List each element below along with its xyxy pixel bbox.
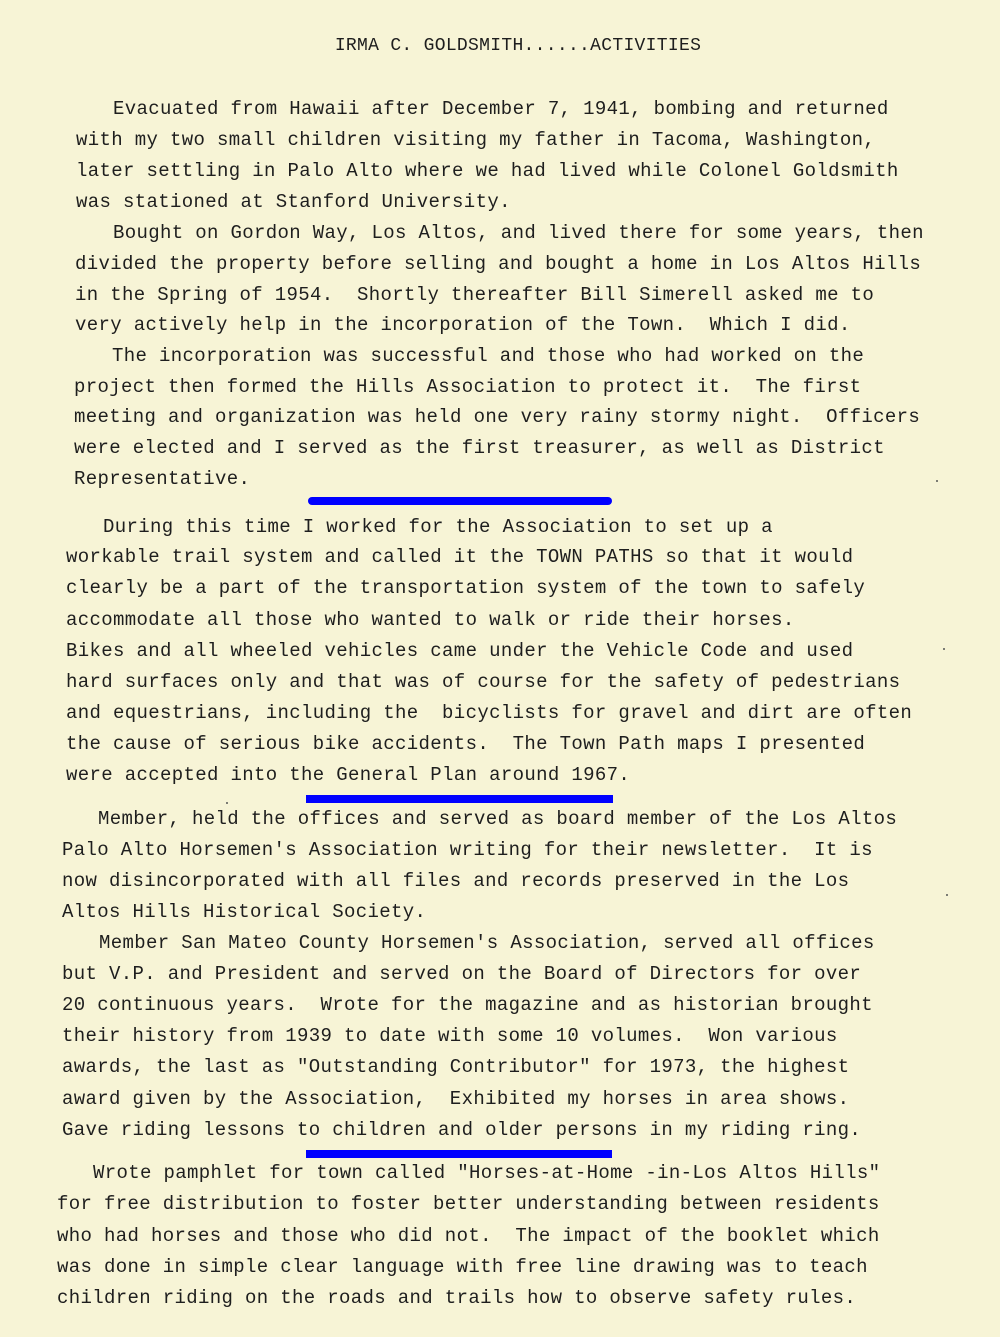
text-line: meeting and organization was held one ve… xyxy=(74,406,920,428)
text-line: hard surfaces only and that was of cours… xyxy=(66,671,900,693)
text-line: for free distribution to foster better u… xyxy=(57,1193,880,1215)
text-line: later settling in Palo Alto where we had… xyxy=(76,160,899,182)
text-line: workable trail system and called it the … xyxy=(66,546,853,568)
text-line: Member San Mateo County Horsemen's Assoc… xyxy=(99,932,875,954)
text-line: and equestrians, including the bicyclist… xyxy=(66,702,912,724)
scan-speck xyxy=(936,480,938,482)
text-line: Member, held the offices and served as b… xyxy=(98,808,897,830)
page-title: IRMA C. GOLDSMITH......ACTIVITIES xyxy=(18,36,1000,56)
text-line: Gave riding lessons to children and olde… xyxy=(62,1119,861,1141)
section-divider xyxy=(308,497,612,505)
text-line: accommodate all those who wanted to walk… xyxy=(66,609,795,631)
text-line: who had horses and those who did not. Th… xyxy=(57,1225,880,1247)
text-line: the cause of serious bike accidents. The… xyxy=(66,733,865,755)
text-line: children riding on the roads and trails … xyxy=(57,1287,856,1309)
text-line: Evacuated from Hawaii after December 7, … xyxy=(113,98,889,120)
section-divider xyxy=(306,795,613,803)
scan-speck xyxy=(226,802,228,804)
text-line: Palo Alto Horsemen's Association writing… xyxy=(62,839,873,861)
text-line: The incorporation was successful and tho… xyxy=(112,345,864,367)
text-line: very actively help in the incorporation … xyxy=(75,314,851,336)
text-line: but V.P. and President and served on the… xyxy=(62,963,861,985)
text-line: Wrote pamphlet for town called "Horses-a… xyxy=(93,1162,880,1184)
scan-speck xyxy=(946,894,948,896)
text-line: clearly be a part of the transportation … xyxy=(66,577,865,599)
text-line: Representative. xyxy=(74,468,250,490)
text-line: were elected and I served as the first t… xyxy=(74,437,885,459)
text-line: divided the property before selling and … xyxy=(75,253,921,275)
text-line: with my two small children visiting my f… xyxy=(76,129,875,151)
text-line: their history from 1939 to date with som… xyxy=(62,1025,838,1047)
text-line: 20 continuous years. Wrote for the magaz… xyxy=(62,994,873,1016)
text-line: Altos Hills Historical Society. xyxy=(62,901,426,923)
section-divider xyxy=(306,1150,612,1158)
text-line: project then formed the Hills Associatio… xyxy=(74,376,861,398)
text-line: were accepted into the General Plan arou… xyxy=(66,764,630,786)
text-line: awards, the last as "Outstanding Contrib… xyxy=(62,1056,849,1078)
text-line: award given by the Association, Exhibite… xyxy=(62,1088,849,1110)
text-line: During this time I worked for the Associ… xyxy=(103,516,773,538)
text-line: in the Spring of 1954. Shortly thereafte… xyxy=(75,284,874,306)
text-line: now disincorporated with all files and r… xyxy=(62,870,849,892)
text-line: was stationed at Stanford University. xyxy=(76,191,511,213)
text-line: Bikes and all wheeled vehicles came unde… xyxy=(66,640,853,662)
text-line: was done in simple clear language with f… xyxy=(57,1256,868,1278)
text-line: Bought on Gordon Way, Los Altos, and liv… xyxy=(113,222,924,244)
scan-speck xyxy=(943,648,945,650)
